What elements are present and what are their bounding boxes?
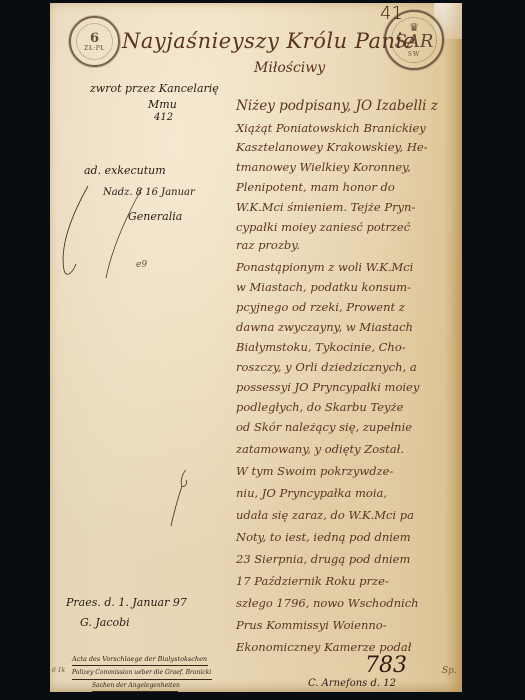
body-line: pcyjnego od rzeki, Prowent z (236, 302, 405, 314)
body-line: od Skór należący się, zupełnie (236, 422, 412, 434)
underline (72, 665, 208, 666)
side-note: Sp. (442, 667, 457, 676)
margin-note-top-left-3: 412 (154, 113, 173, 123)
margin-side-mark: 6 1k (52, 668, 65, 674)
body-line: zatamowany, y odięty Został. (236, 444, 404, 456)
salutation-line-1: Nayjaśnieyszy Królu Panie (122, 31, 416, 52)
body-line: udała się zaraz, do W.K.Mci pa (236, 510, 414, 522)
body-line: Xiążąt Poniatowskich Branickiey (236, 123, 426, 135)
margin-note-bottom-left-5: Sachen der Angelegenheiten (92, 683, 180, 689)
body-line: Białymstoku, Tykocinie, Cho- (236, 342, 406, 354)
margin-note-top-left-1: zwrot przez Kancelarię (90, 83, 219, 94)
body-line: raz prozby. (236, 240, 300, 252)
document-viewer: 41 6 ZŁ·PŁ ♛ SAR SW Nayjaśnieyszy Królu … (0, 0, 525, 700)
body-line: szłego 1796, nowo Wschodnich (236, 598, 419, 610)
body-line: Ekonomiczney Kamerze podał (236, 642, 411, 654)
body-line: cypałki moiey zaniesć potrzeć (236, 222, 410, 234)
body-line: Noty, to iest, iedną pod dniem (236, 532, 411, 544)
body-line: w Miastach, podatku konsum- (236, 282, 411, 294)
body-line: 23 Sierpnia, drugą pod dniem (236, 554, 410, 566)
body-line: tmanowey Wielkiey Koronney, (236, 162, 411, 174)
margin-note-middle-left-1: ad. exkecutum (84, 165, 166, 176)
body-line: dawna zwyczayny, w Miastach (236, 322, 413, 334)
manuscript-page: 41 6 ZŁ·PŁ ♛ SAR SW Nayjaśnieyszy Królu … (50, 3, 462, 692)
body-line: W tym Swoim pokrzywdze- (236, 466, 393, 478)
body-line: niu, JO Pryncypałka moia, (236, 488, 387, 500)
margin-note-bottom-left-2: G. Jacobi (80, 617, 130, 628)
body-line: roszczy, y Orli dziedzicznych, a (236, 362, 417, 374)
body-line: Plenipotent, mam honor do (236, 182, 395, 194)
body-line: Prus Kommissyi Woienno- (236, 620, 387, 632)
body-line: W.K.Mci śmieniem. Tejże Pryn- (236, 202, 415, 214)
margin-note-top-left-2: Mmu (148, 99, 177, 110)
body-line: 17 Październik Roku prze- (236, 576, 389, 588)
underline (72, 679, 212, 680)
margin-mark: e9 (136, 261, 147, 270)
folio-number: 783 (365, 655, 407, 677)
margin-note-bottom-left-4: Polizey Commission ueber die Graef. Bran… (72, 670, 211, 676)
body-line: podległych, do Skarbu Teyże (236, 402, 403, 414)
body-line: Ponastąpionym z woli W.K.Mci (236, 262, 413, 274)
margin-flourish-icon (50, 178, 150, 288)
revenue-stamp-icon: 6 ZŁ·PŁ (69, 16, 120, 67)
margin-note-bottom-left-3: Acta des Vorschlaege der Bialystokschen (72, 656, 207, 663)
body-line: possessyi JO Pryncypałki moiey (236, 382, 419, 394)
stray-pen-mark-icon (168, 468, 192, 528)
salutation-line-2: Miłościwy (254, 61, 325, 75)
body-line: Kasztelanowey Krakowskiey, He- (236, 142, 428, 154)
underline (92, 691, 178, 692)
stamp-ring (76, 23, 113, 60)
margin-note-bottom-left-1: Praes. d. 1. Januar 97 (66, 597, 187, 608)
body-line: Niżey podpisany, JO Izabelli z (236, 100, 438, 114)
signature-line-1: C. Arnefons d. 12 (308, 679, 396, 689)
